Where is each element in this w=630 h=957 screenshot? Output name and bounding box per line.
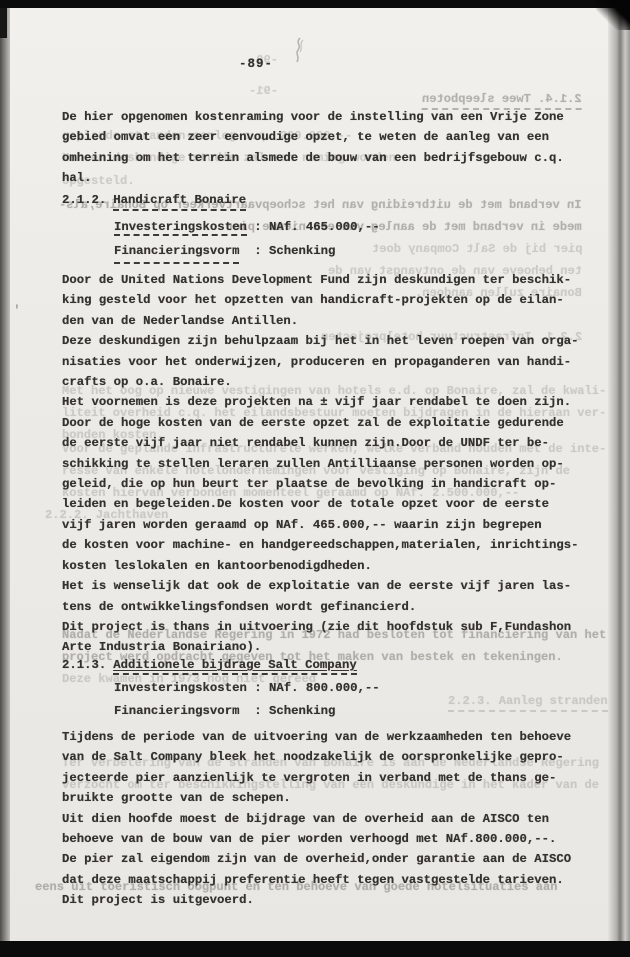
financing-line: Financieringsvorm : Schenking xyxy=(114,244,335,258)
scan-edge-top xyxy=(0,0,630,8)
pencil-smudge-mark xyxy=(291,36,307,69)
section-2-1-2-heading: 2.1.2.Handicraft Bonaire xyxy=(62,193,246,207)
financing-value: : Schenking xyxy=(239,244,335,258)
financing-label: Financieringsvorm xyxy=(114,244,239,264)
margin-ink-speck: ' xyxy=(13,303,21,318)
page-edge-left xyxy=(0,8,10,941)
financing-line: Financieringsvorm : Schenking xyxy=(114,704,335,718)
ghost-line: 2.2.3. Aanleg stranden xyxy=(448,694,608,708)
scanned-page: 2.1.4. Twee sleepboten -90- -91- In verb… xyxy=(0,0,630,957)
intro-paragraph: De hier opgenomen kostenraming voor de i… xyxy=(62,107,564,189)
scan-corner-top-right xyxy=(596,0,630,30)
page-edge-left-shadow xyxy=(0,8,7,38)
page-edge-right xyxy=(608,8,630,941)
ghost-line: -91- xyxy=(249,84,278,98)
investment-label: Investeringskosten xyxy=(114,220,247,236)
page-number: -89- xyxy=(239,57,273,71)
section-2-1-2-body: Door de United Nations Development Fund … xyxy=(62,270,579,658)
section-number: 2.1.3. xyxy=(62,658,106,672)
scan-edge-bottom xyxy=(0,941,630,957)
ghost-line: 2.1.4. Twee sleepboten xyxy=(422,92,582,106)
section-number: 2.1.2. xyxy=(62,193,106,207)
investment-line: Investeringskosten : NAf. 800.000,-- xyxy=(114,681,380,695)
paper-sheet: 2.1.4. Twee sleepboten -90- -91- In verb… xyxy=(10,8,608,941)
investment-value: : NAf. 465.000,-- xyxy=(247,220,380,234)
ghost-heading: 2.2.3. Aanleg stranden xyxy=(448,694,608,712)
section-2-1-3-heading: 2.1.3.Additionele bijdrage Salt Company xyxy=(62,658,357,672)
section-title: Handicraft Bonaire xyxy=(113,193,246,211)
ghost-line: pier bij de Salt Company doet xyxy=(372,242,582,256)
section-title: Additionele bijdrage Salt Company xyxy=(113,658,357,675)
section-2-1-3-body: Tijdens de periode van de uitvoering van… xyxy=(62,727,571,911)
investment-line: Investeringskosten : NAf. 465.000,-- xyxy=(114,220,380,234)
